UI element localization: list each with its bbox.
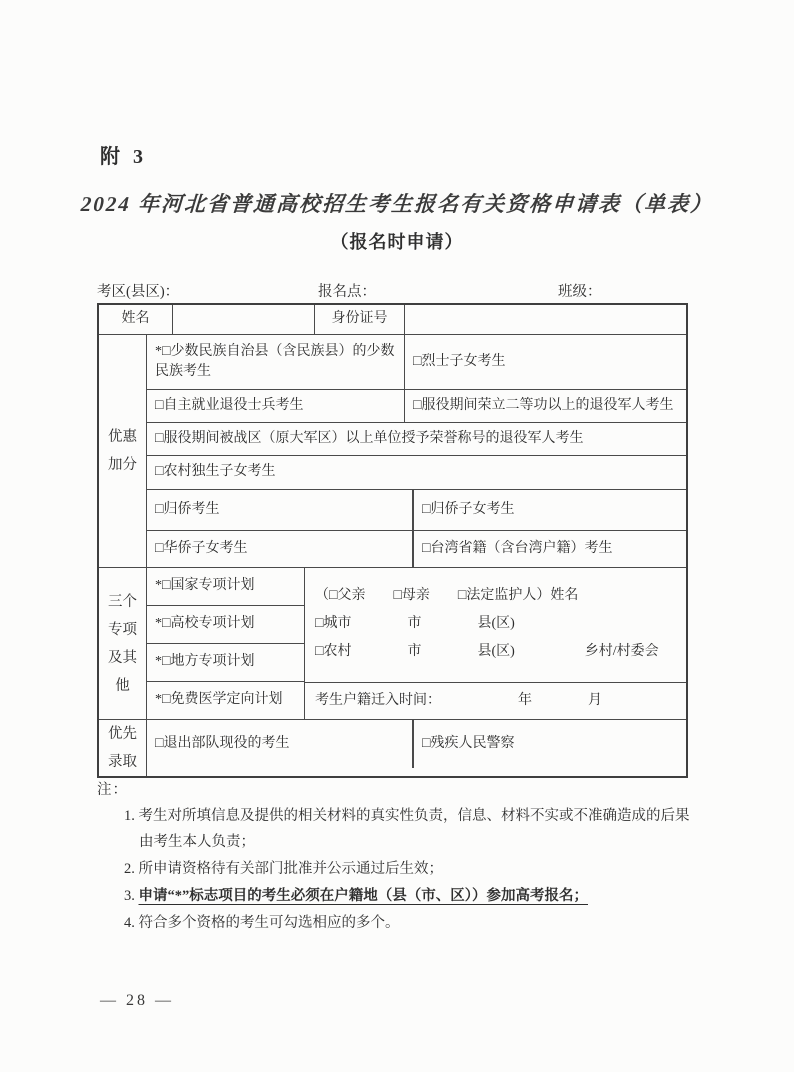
option-minority-candidate: *□少数民族自治县（含民族县）的少数民族考生 bbox=[147, 335, 405, 389]
option-taiwan-candidate: □台湾省籍（含台湾户籍）考生 bbox=[414, 531, 686, 567]
bonus-row-2: □自主就业退役士兵考生 □服役期间荣立二等功以上的退役军人考生 bbox=[147, 390, 686, 423]
exam-district-label: 考区(县区)： bbox=[97, 280, 179, 301]
section-special-plans: 三个 专项 及其 他 *□国家专项计划 *□高校专项计划 *□地方专项计划 *□… bbox=[99, 568, 686, 720]
section-label-bonus: 优惠 加分 bbox=[99, 335, 147, 567]
bonus-options-body: *□少数民族自治县（含民族县）的少数民族考生 □烈士子女考生 □自主就业退役士兵… bbox=[147, 335, 686, 567]
id-number-label: 身份证号 bbox=[315, 305, 405, 334]
note-text: 考生对所填信息及提供的相关材料的真实性负责，信息、材料不实或不准确造成的后果由考… bbox=[139, 808, 690, 850]
note-item-2: 2. 所申请资格待有关部门批准并公示通过后生效； bbox=[124, 856, 697, 882]
section-bonus-points: 优惠 加分 *□少数民族自治县（含民族县）的少数民族考生 □烈士子女考生 □自主… bbox=[99, 335, 686, 568]
registration-point-label: 报名点： bbox=[318, 280, 376, 301]
id-number-value-cell bbox=[405, 305, 686, 334]
section-priority-admission: 优先 录取 □退出部队现役的考生 □残疾人民警察 bbox=[99, 720, 686, 776]
page-title: 2024 年河北省普通高校招生考生报名有关资格申请表（单表） bbox=[0, 188, 794, 218]
option-martyr-child: □烈士子女考生 bbox=[405, 335, 686, 389]
bonus-row-6: □华侨子女考生 □台湾省籍（含台湾户籍）考生 bbox=[147, 531, 686, 567]
name-id-row: 姓名 身份证号 bbox=[99, 305, 686, 335]
note-item-1: 1. 考生对所填信息及提供的相关材料的真实性负责，信息、材料不实或不准确造成的后… bbox=[124, 803, 697, 855]
name-value-cell bbox=[173, 305, 315, 334]
notes-heading: 注： bbox=[97, 778, 697, 799]
option-second-class-merit-veteran: □服役期间荣立二等功以上的退役军人考生 bbox=[405, 390, 686, 422]
qualification-form-table: 姓名 身份证号 优惠 加分 *□少数民族自治县（含民族县）的少数民族考生 □烈士… bbox=[97, 303, 688, 778]
notes-block: 注： 1. 考生对所填信息及提供的相关材料的真实性负责，信息、材料不实或不准确造… bbox=[97, 778, 697, 937]
page-number: — 28 — bbox=[100, 992, 174, 1010]
option-rural-only-child: □农村独生子女考生 bbox=[147, 456, 686, 489]
special-plan-options-column: *□国家专项计划 *□高校专项计划 *□地方专项计划 *□免费医学定向计划 bbox=[147, 568, 305, 719]
scanned-form-page: 附 3 2024 年河北省普通高校招生考生报名有关资格申请表（单表） （报名时申… bbox=[0, 0, 794, 1072]
class-label: 班级： bbox=[558, 280, 602, 301]
priority-options-body: □退出部队现役的考生 □残疾人民警察 bbox=[147, 720, 686, 776]
guardian-household-info-cell: （□父亲 □母亲 □法定监护人）姓名 □城市 市 县(区) □农村 市 县(区)… bbox=[305, 568, 686, 683]
section-label-special-plans: 三个 专项 及其 他 bbox=[99, 568, 147, 719]
hukou-move-in-time-cell: 考生户籍迁入时间： 年 月 bbox=[305, 683, 686, 719]
attachment-label: 附 3 bbox=[100, 140, 147, 169]
option-university-special-plan: *□高校专项计划 bbox=[147, 606, 304, 644]
bonus-row-4: □农村独生子女考生 bbox=[147, 456, 686, 490]
option-honorary-title-veteran: □服役期间被战区（原大军区）以上单位授予荣誉称号的退役军人考生 bbox=[147, 423, 686, 455]
option-overseas-chinese-child: □华侨子女考生 bbox=[147, 531, 414, 567]
bonus-row-3: □服役期间被战区（原大军区）以上单位授予荣誉称号的退役军人考生 bbox=[147, 423, 686, 456]
special-plans-detail-column: （□父亲 □母亲 □法定监护人）姓名 □城市 市 县(区) □农村 市 县(区)… bbox=[305, 568, 686, 719]
option-national-special-plan: *□国家专项计划 bbox=[147, 568, 304, 606]
option-returned-overseas-chinese: □归侨考生 bbox=[147, 490, 414, 530]
priority-row: □退出部队现役的考生 □残疾人民警察 bbox=[147, 720, 686, 768]
note-number: 1. bbox=[124, 808, 135, 824]
note-text: 所申请资格待有关部门批准并公示通过后生效； bbox=[139, 861, 444, 877]
note-number: 3. bbox=[124, 888, 135, 904]
note-text: 符合多个资格的考生可勾选相应的多个。 bbox=[139, 915, 400, 931]
note-item-4: 4. 符合多个资格的考生可勾选相应的多个。 bbox=[124, 910, 697, 936]
option-self-employed-veteran: □自主就业退役士兵考生 bbox=[147, 390, 405, 422]
note-number: 4. bbox=[124, 915, 135, 931]
option-returned-overseas-chinese-child: □归侨子女考生 bbox=[414, 490, 686, 530]
note-number: 2. bbox=[124, 861, 135, 877]
page-subtitle: （报名时申请） bbox=[0, 228, 794, 254]
special-plans-body: *□国家专项计划 *□高校专项计划 *□地方专项计划 *□免费医学定向计划 （□… bbox=[147, 568, 686, 719]
option-disabled-police: □残疾人民警察 bbox=[414, 720, 686, 768]
note-item-3: 3. 申请“*”标志项目的考生必须在户籍地（县（市、区））参加高考报名； bbox=[124, 883, 697, 909]
option-retired-military-candidate: □退出部队现役的考生 bbox=[147, 720, 414, 768]
option-free-medical-directed-plan: *□免费医学定向计划 bbox=[147, 682, 304, 719]
bonus-row-1: *□少数民族自治县（含民族县）的少数民族考生 □烈士子女考生 bbox=[147, 335, 686, 390]
section-label-priority: 优先 录取 bbox=[99, 720, 147, 776]
option-local-special-plan: *□地方专项计划 bbox=[147, 644, 304, 682]
name-label: 姓名 bbox=[99, 305, 173, 334]
note-text: 申请“*”标志项目的考生必须在户籍地（县（市、区））参加高考报名； bbox=[139, 888, 589, 904]
bonus-row-5: □归侨考生 □归侨子女考生 bbox=[147, 490, 686, 531]
